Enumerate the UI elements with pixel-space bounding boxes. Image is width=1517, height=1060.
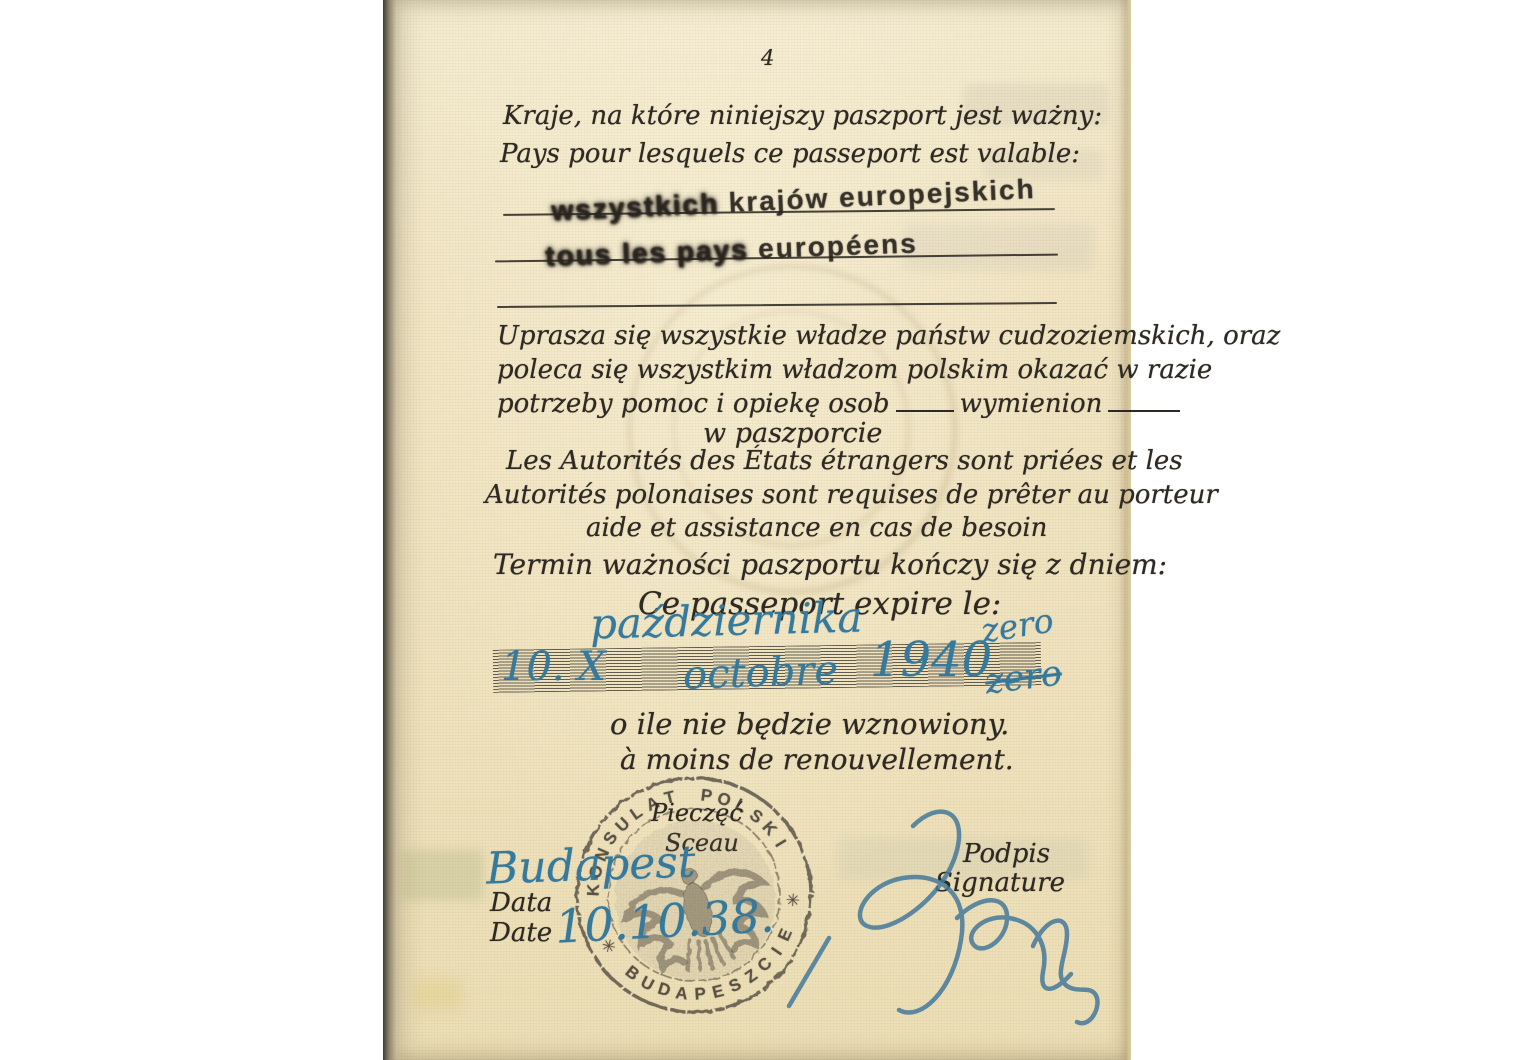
notice-fr-line3: aide et assistance en cas de besoin	[586, 513, 1047, 543]
stamp-text: européens	[748, 228, 918, 265]
notice-pl-line3: potrzeby pomoc i opiekę osobwymienion	[497, 389, 1186, 419]
stamp-text-heavy: tous les pays	[545, 233, 749, 271]
stamp-text-heavy: wszystkich	[551, 187, 720, 226]
countries-rubber-stamp-line1: wszystkich krajów europejskich	[551, 173, 1037, 227]
place-handwriting: Budapest	[485, 836, 696, 894]
blank-line	[1108, 409, 1180, 412]
expiry-year-handwriting: 1940	[870, 632, 992, 688]
expiry-zero-bottom-handwriting: zero	[983, 653, 1064, 702]
renewal-note-pl: o ile nie będzie wznowiony.	[610, 707, 1009, 741]
notice-pl-line3-start: potrzeby pomoc i opiekę osob	[497, 389, 890, 419]
notice-fr-line1: Les Autorités des États étrangers sont p…	[506, 446, 1183, 476]
binding-edge	[383, 0, 403, 1060]
date-handwriting: 10.10.38.	[554, 888, 776, 953]
expiry-month-pl-handwriting: października	[589, 592, 863, 648]
notice-pl-line2: poleca się wszystkim władzom polskim oka…	[497, 355, 1212, 385]
blank-line	[896, 409, 954, 412]
expiry-day-handwriting: 10. X	[501, 644, 606, 690]
countries-rubber-stamp-line2: tous les pays européens	[545, 228, 919, 273]
scan-ghost-mark	[903, 225, 1093, 270]
notice-pl-line1: Uprasza się wszystkie władze państw cudz…	[497, 321, 1280, 351]
notice-fr-line2: Autorités polonaises sont requises de pr…	[485, 480, 1218, 510]
notice-pl-line4: w paszporcie	[703, 418, 882, 449]
signature-ink	[771, 798, 1101, 1053]
validity-heading-fr: Pays pour lesquels ce passeport est vala…	[500, 139, 1080, 169]
date-label-fr: Date	[490, 918, 552, 948]
validity-heading-pl: Kraje, na które niniejszy paszport jest …	[503, 101, 1102, 131]
stamp-text: krajów europejskich	[718, 173, 1036, 218]
passport-page: 4 Kraje, na które niniejszy paszport jes…	[383, 0, 1131, 1060]
expiry-month-fr-handwriting: octobre	[682, 647, 839, 698]
ink-smudge	[401, 850, 483, 900]
notice-pl-line3-mid: wymienion	[960, 389, 1103, 419]
passport-scan: 4 Kraje, na które niniejszy paszport jes…	[0, 0, 1517, 1060]
page-right-edge	[1119, 0, 1131, 1060]
page-number: 4	[761, 46, 774, 70]
expiry-heading-pl: Termin ważności paszportu kończy się z d…	[493, 548, 1167, 581]
paper-stain	[413, 980, 461, 1010]
